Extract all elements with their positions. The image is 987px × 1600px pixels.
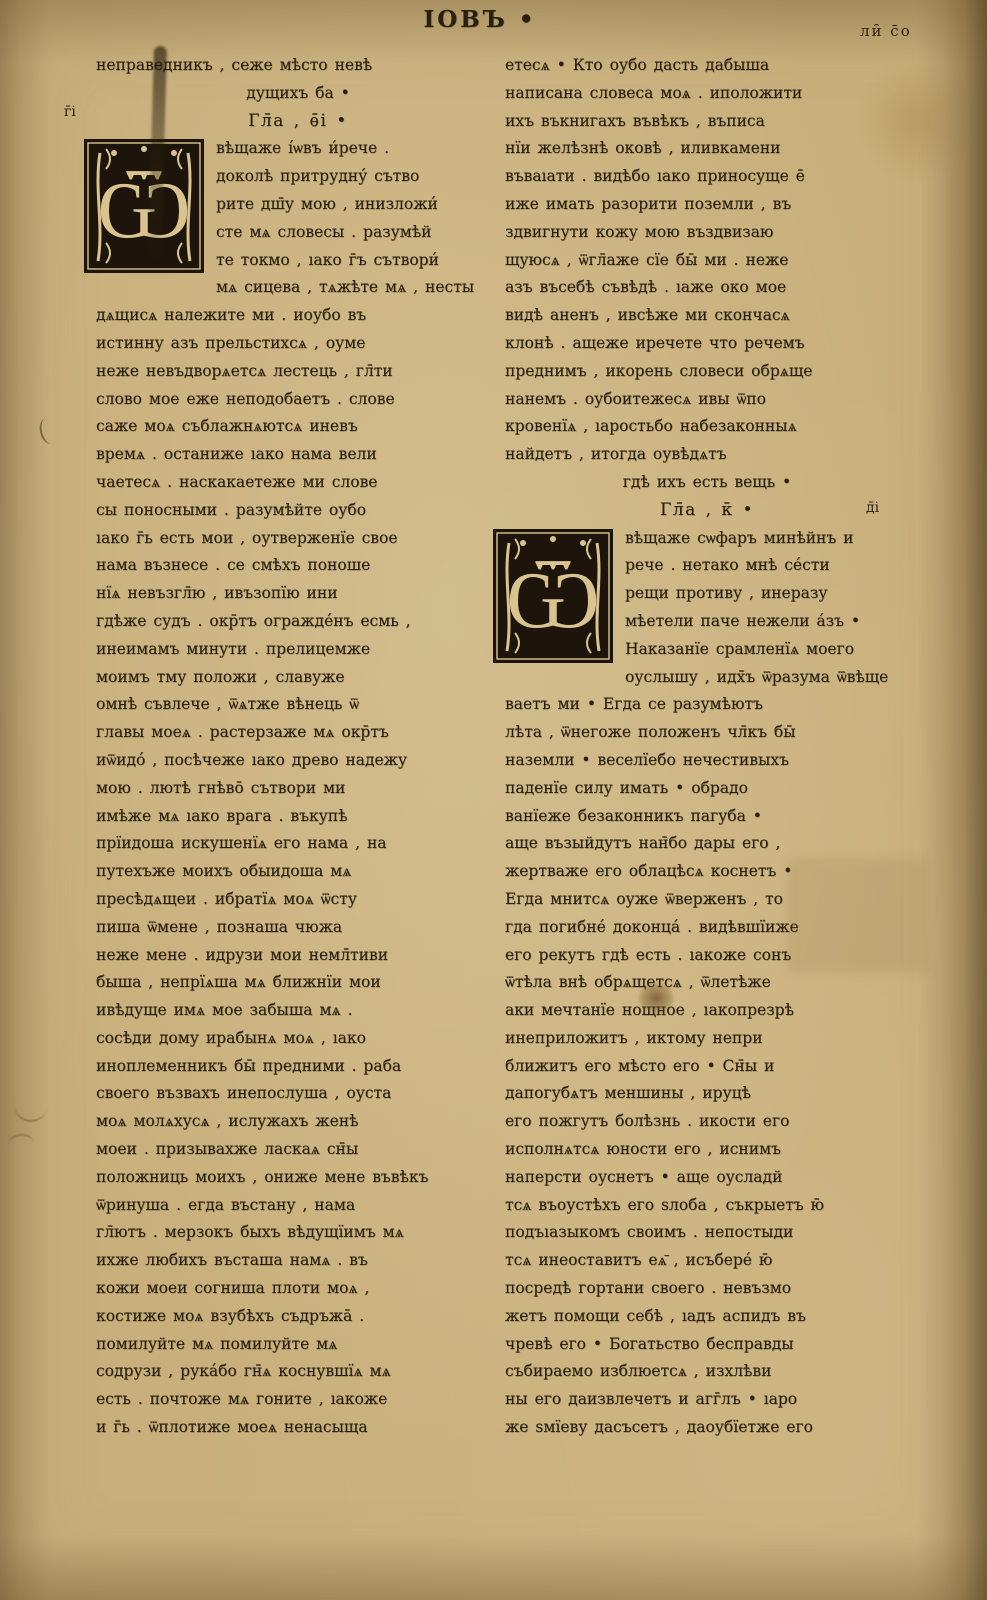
text-line: ближитъ его мѣсто его • Сн̄ы и: [505, 1053, 909, 1081]
text-line: дѧщисѧ належите ми . иоубо въ: [96, 302, 500, 330]
text-line: содрузи , рука́бо гн̄ѧ коснувшїѧ мѧ: [96, 1358, 500, 1386]
text-line: иѿидо́ , посѣчеже ıако древо надежу: [96, 747, 500, 775]
text-line: наземли • веселїебо нечестивыхъ: [505, 747, 909, 775]
carryover-line: неправедникъ , сеже мѣсто невѣ: [96, 52, 500, 80]
text-line: есть . почтоже мѧ гоните , ıакоже: [96, 1386, 500, 1414]
left-text-column: неправедникъ , сеже мѣсто невѣ дущихъ б̄…: [96, 52, 500, 1442]
text-line: жетъ помощи себѣ , ıадъ аспидъ въ: [505, 1303, 909, 1331]
text-line: кровенїѧ , ıаростьбо набезаконныѧ: [505, 413, 909, 441]
text-line: лѣта , ѿнегоже положенъ чл̄къ бы̄: [505, 719, 909, 747]
text-line: времѧ . останиже ıако нама вели: [96, 441, 500, 469]
text-line: нанемъ . оубоитежесѧ ивы ѿпо: [505, 386, 909, 414]
text-line: клонѣ . ащеже иречете что речемъ: [505, 330, 909, 358]
chapter-heading-19: Гл̄а , ѳ̄і •: [96, 108, 500, 136]
text-line: гда погибне́ доконца́ . видѣвшїиже: [505, 914, 909, 942]
text-line: видѣ аненъ , ивсѣже ми скончасѧ: [505, 302, 909, 330]
book-page: ІОВЪ • ли̑ с̄о г̄і д̄і неправедникъ , се…: [0, 0, 987, 1600]
text-line: своего възвахъ инепослуша , оуста: [96, 1080, 500, 1108]
carryover-line-end: дущихъ б̄а •: [96, 80, 500, 108]
pen-mark: [37, 416, 60, 445]
text-line: найдетъ , итогда оувѣдѧтъ: [505, 441, 909, 469]
text-line: сосѣди дому ирабынѧ моѧ , ıако: [96, 1025, 500, 1053]
text-line: ваетъ ми • Егда се разумѣютъ: [505, 691, 909, 719]
dropcap-block-ot: Ѿ: [493, 529, 613, 663]
text-line: жертваже его облацѣсѧ коснетъ •: [505, 858, 909, 886]
pen-mark: [12, 1084, 51, 1124]
chapter-19-closing-line: гдѣ ихъ есть вещь •: [505, 469, 909, 497]
text-line: омнѣ съвлече , ѿѧтже вѣнець ѿ: [96, 691, 500, 719]
text-line: гдѣже судъ . окр̄тъ огражде́нъ есмь ,: [96, 608, 500, 636]
text-line: щуюсѧ , ѿгл̄аже сїе бы̄ ми . неже: [505, 247, 909, 275]
text-line: помилуйте мѧ помилуйте мѧ: [96, 1331, 500, 1359]
text-line: чаетесѧ . наскакаетеже ми слове: [96, 469, 500, 497]
text-line: имѣже мѧ ıако врага . въкупѣ: [96, 803, 500, 831]
text-line: ıако г̄ь есть мои , оутверженїе свое: [96, 525, 500, 553]
text-line: моимъ тму положи , славуже: [96, 664, 500, 692]
body-lines-top: етесѧ • Кто оубо дасть дабышанаписана сл…: [505, 52, 909, 469]
text-line: его пожгутъ болѣзнь . икости его: [505, 1108, 909, 1136]
body-lines: мѧ сицева , тѧжѣте мѧ , нестыдѧщисѧ нале…: [96, 274, 500, 1441]
text-line: положниць моихъ , ониже мене въвѣкъ: [96, 1164, 500, 1192]
text-line: здвигнути кожу мою въздвизаю: [505, 219, 909, 247]
text-line: неже мене . идрузи мои немл̄тиви: [96, 942, 500, 970]
text-line: оуслышу , идх̄ъ ѿразума ѿвѣще: [505, 664, 909, 692]
folio-margin-note: ли̑ с̄о: [860, 22, 912, 40]
running-header-title: ІОВЪ •: [0, 6, 960, 33]
text-line: исполнѧтсѧ юности его , иснимъ: [505, 1136, 909, 1164]
text-line: тсѧ инеоставитъ еѧ̄ , исъбере́ ю̄: [505, 1247, 909, 1275]
text-line: чревѣ его • Богатьство бесправды: [505, 1331, 909, 1359]
text-line: иже имать разорити поземли , въ: [505, 191, 909, 219]
text-line: подъıазыкомъ своимъ . непостыди: [505, 1219, 909, 1247]
text-line: неже невъдворѧетсѧ лестець , гл̄ти: [96, 358, 500, 386]
text-line: преднимъ , икорень словеси обрѧще: [505, 358, 909, 386]
text-line: дапогубѧтъ меншины , ируцѣ: [505, 1080, 909, 1108]
text-line: иноплеменникъ бы̄ предними . раба: [96, 1053, 500, 1081]
dropcap-block-ot: Ѿ: [84, 139, 204, 273]
text-line: моѧ молѧхусѧ , ислужахъ женѣ: [96, 1108, 500, 1136]
text-line: посредѣ гортани своего . невъзмо: [505, 1275, 909, 1303]
text-line: гл̄ютъ . мерзокъ быхъ вѣдущїимъ мѧ: [96, 1219, 500, 1247]
text-line: азъ въсебѣ съвѣдѣ . ıаже око мое: [505, 274, 909, 302]
text-line: написана словеса моѧ . иположити: [505, 80, 909, 108]
text-line: мою . лютѣ гнѣво̄ сътвори ми: [96, 775, 500, 803]
text-line: сы поносными . разумѣйте оубо: [96, 497, 500, 525]
text-line: Егда мнитсѧ оуже ѿверженъ , то: [505, 886, 909, 914]
text-line: быша , непрїѧша мѧ ближнїи мои: [96, 969, 500, 997]
text-line: ивѣдуще имѧ мое забыша мѧ .: [96, 997, 500, 1025]
text-line: прїидоша искушенїѧ его нама , на: [96, 830, 500, 858]
dropcap-letter: Ѿ: [97, 163, 191, 256]
text-line: моеи . призывахже ласкаѧ сн̄ы: [96, 1136, 500, 1164]
text-line: костиже моѧ взубѣхъ съдръжа̄ .: [96, 1303, 500, 1331]
body-lines: оуслышу , идх̄ъ ѿразума ѿвѣщеваетъ ми • …: [505, 664, 909, 1442]
left-margin-section-number: г̄і: [64, 104, 76, 120]
text-line: пресѣдѧщеи . ибратїѧ моѧ ѿсту: [96, 886, 500, 914]
text-line: мѧ сицева , тѧжѣте мѧ , несты: [96, 274, 500, 302]
text-line: аще възыйдутъ нан̄бо дары его ,: [505, 830, 909, 858]
text-line: ѿринуша . егда въстану , нама: [96, 1192, 500, 1220]
text-line: ны его даизвлечетъ и агг̄лъ • ıаро: [505, 1386, 909, 1414]
text-line: нїи желѣзнѣ оковѣ , иливкамени: [505, 135, 909, 163]
text-line: тсѧ въоустѣхъ его ѕлоба , съкрыетъ ю̄: [505, 1192, 909, 1220]
text-line: инеприложитъ , иктому непри: [505, 1025, 909, 1053]
chapter-19-paragraph: Ѿ вѣщаже і́ѡвъ и́рече .доколѣ притрудну́…: [96, 135, 500, 1441]
text-line: събираемо изблюетсѧ , изхлѣви: [505, 1358, 909, 1386]
text-line: слово мое еже неподобаетъ . слове: [96, 386, 500, 414]
text-line: пиша ѿмене , познаша чюжа: [96, 914, 500, 942]
text-line: инеимамъ минути . прелицемже: [96, 636, 500, 664]
text-line: паденїе силу имать • обрадо: [505, 775, 909, 803]
text-line: ихъ въкнигахъ въвѣкъ , въписа: [505, 108, 909, 136]
text-line: саже моѧ съблажнѧютсѧ иневъ: [96, 413, 500, 441]
text-line: етесѧ • Кто оубо дасть дабыша: [505, 52, 909, 80]
text-line: его рекутъ гдѣ есть . ıакоже сонъ: [505, 942, 909, 970]
text-line: истинну азъ прельстихсѧ , оуме: [96, 330, 500, 358]
text-line: ванїеже безаконникъ пагуба •: [505, 803, 909, 831]
text-line: ихже любихъ въсташа намѧ . въ: [96, 1247, 500, 1275]
right-text-column: етесѧ • Кто оубо дасть дабышанаписана сл…: [505, 52, 909, 1442]
text-line: наперсти оуснетъ • аще оусладй: [505, 1164, 909, 1192]
text-line: въваıати . видѣбо ıако приносуще е̄: [505, 163, 909, 191]
text-line: аки мечтанїе нощное , ıакопрезрѣ: [505, 997, 909, 1025]
pen-mark: [7, 1133, 35, 1156]
chapter-20-paragraph: Ѿ вѣщаже сѡфаръ минѣйнъ ирече . нетако м…: [505, 525, 909, 1442]
text-line: и г̄ь . ѿплотиже моеѧ ненасыща: [96, 1414, 500, 1442]
text-line: нама възнесе . се смѣхъ поноше: [96, 552, 500, 580]
text-line: ѿтѣла внѣ обрѧщетсѧ , ѿлетѣже: [505, 969, 909, 997]
text-line: кожи моеи согниша плоти моѧ ,: [96, 1275, 500, 1303]
text-line: главы моеѧ . растерзаже мѧ окр̄тъ: [96, 719, 500, 747]
text-line: нїѧ невъзгл̄ю , ивъзопїю ини: [96, 580, 500, 608]
chapter-heading-20: Гл̄а , к̄ •: [505, 497, 909, 525]
text-line: путехъже моихъ обыидоша мѧ: [96, 858, 500, 886]
text-line: же ѕмїеву дасъсетъ , даоубїетже его: [505, 1414, 909, 1442]
dropcap-letter: Ѿ: [506, 553, 600, 646]
